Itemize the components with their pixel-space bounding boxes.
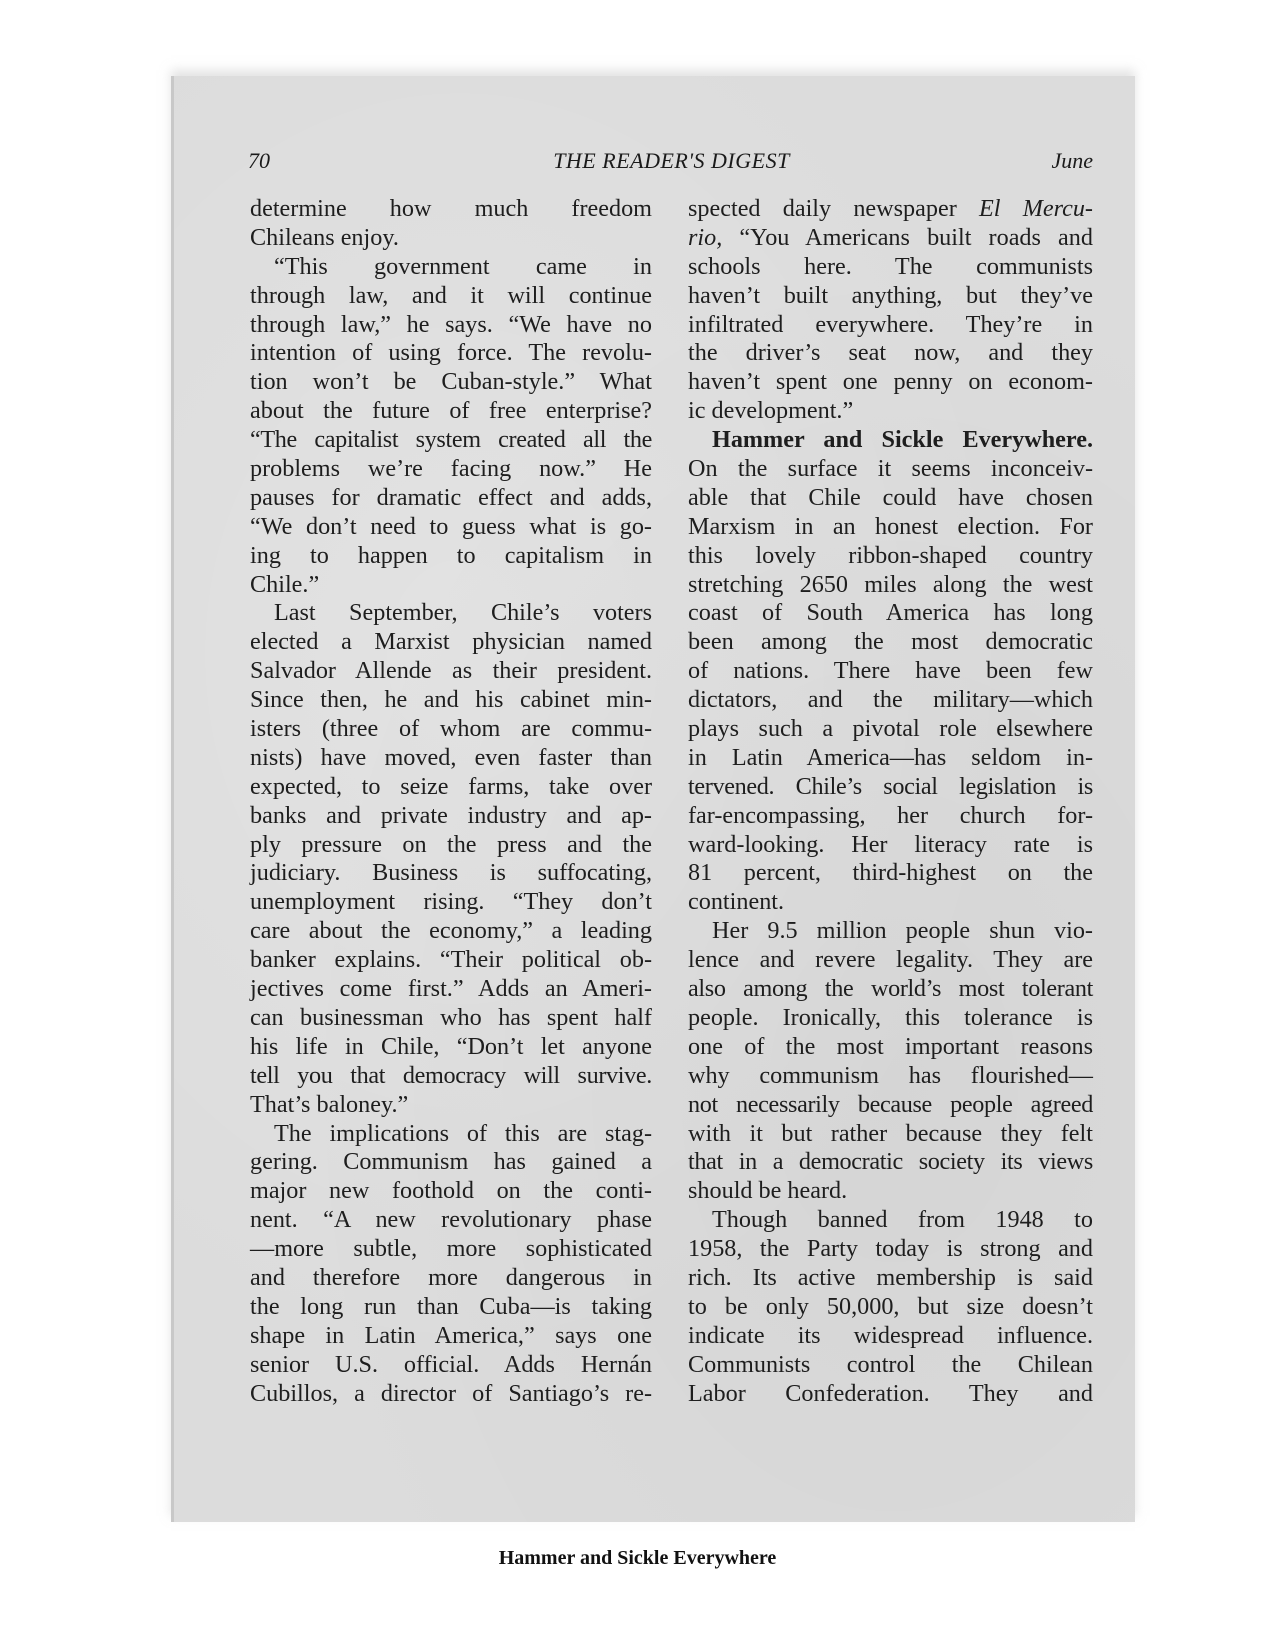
text-line: Her 9.5 million people shun vio- — [688, 917, 1093, 946]
text-line: isters (three of whom are commu- — [250, 715, 652, 744]
text-line: expected, to seize farms, take over — [250, 773, 652, 802]
text-line: should be heard. — [688, 1177, 1093, 1206]
text-line: through law, and it will continue — [250, 282, 652, 311]
text-line: ply pressure on the press and the — [250, 831, 652, 860]
text-line: the long run than Cuba—is taking — [250, 1293, 652, 1322]
text-line: not necessarily because people agreed — [688, 1091, 1093, 1120]
text-line: about the future of free enterprise? — [250, 397, 652, 426]
newspaper-name: El Mercu- — [979, 195, 1093, 222]
text-line: major new foothold on the conti- — [250, 1177, 652, 1206]
text-line: ing to happen to capitalism in — [250, 542, 652, 571]
text-line: tell you that democracy will survive. — [250, 1062, 652, 1091]
text-line: been among the most democratic — [688, 628, 1093, 657]
text-line: problems we’re facing now.” He — [250, 455, 652, 484]
text-line: Last September, Chile’s voters — [250, 599, 652, 628]
text-line: the driver’s seat now, and they — [688, 339, 1093, 368]
text-line: —more subtle, more sophisticated — [250, 1235, 652, 1264]
right-column: spected daily newspaper El Mercu- rio, “… — [688, 195, 1093, 1408]
text-line: of nations. There have been few — [688, 657, 1093, 686]
text-line: haven’t spent one penny on econom- — [688, 368, 1093, 397]
text-line: determine how much freedom — [250, 195, 652, 224]
text-line: lence and revere legality. They are — [688, 946, 1093, 975]
text-line: spected daily newspaper El Mercu- — [688, 195, 1093, 224]
text-line: Though banned from 1948 to — [688, 1206, 1093, 1235]
text-line: ic development.” — [688, 397, 1093, 426]
text-line: one of the most important reasons — [688, 1033, 1093, 1062]
text-line: far-encompassing, her church for- — [688, 802, 1093, 831]
text-line: senior U.S. official. Adds Hernán — [250, 1351, 652, 1380]
text-line: That’s baloney.” — [250, 1091, 652, 1120]
text-line: shape in Latin America,” says one — [250, 1322, 652, 1351]
text-line: his life in Chile, “Don’t let anyone — [250, 1033, 652, 1062]
text-line: Cubillos, a director of Santiago’s re- — [250, 1380, 652, 1409]
text-line: rich. Its active membership is said — [688, 1264, 1093, 1293]
text-line: On the surface it seems inconceiv- — [688, 455, 1093, 484]
text-line: The implications of this are stag- — [250, 1120, 652, 1149]
text-line: dictators, and the military—which — [688, 686, 1093, 715]
text-line: nists) have moved, even faster than — [250, 744, 652, 773]
text-line: “The capitalist system created all the — [250, 426, 652, 455]
text-line: Communists control the Chilean — [688, 1351, 1093, 1380]
text-line: Marxism in an honest election. For — [688, 513, 1093, 542]
text-run: “You Americans built roads and — [722, 224, 1093, 251]
text-line: Chile.” — [250, 571, 652, 600]
text-line: Since then, he and his cabinet min- — [250, 686, 652, 715]
text-line: pauses for dramatic effect and adds, — [250, 484, 652, 513]
text-line: that in a democratic society its views — [688, 1148, 1093, 1177]
text-line: elected a Marxist physician named — [250, 628, 652, 657]
newspaper-name: rio, — [688, 224, 722, 251]
text-line: stretching 2650 miles along the west — [688, 571, 1093, 600]
text-line: nent. “A new revolutionary phase — [250, 1206, 652, 1235]
text-line: 1958, the Party today is strong and — [688, 1235, 1093, 1264]
text-line: banks and private industry and ap- — [250, 802, 652, 831]
text-line: also among the world’s most tolerant — [688, 975, 1093, 1004]
text-line: judiciary. Business is suffocating, — [250, 859, 652, 888]
text-line: schools here. The communists — [688, 253, 1093, 282]
text-run: spected daily newspaper — [688, 195, 979, 222]
text-line: Labor Confederation. They and — [688, 1380, 1093, 1409]
text-line: unemployment rising. “They don’t — [250, 888, 652, 917]
text-line: rio, “You Americans built roads and — [688, 224, 1093, 253]
text-line: why communism has flourished— — [688, 1062, 1093, 1091]
document-caption: Hammer and Sickle Everywhere — [0, 1545, 1275, 1571]
text-line: can businessman who has spent half — [250, 1004, 652, 1033]
text-line: infiltrated everywhere. They’re in — [688, 311, 1093, 340]
publication-title: THE READER'S DIGEST — [250, 148, 1093, 174]
text-line: “This government came in — [250, 253, 652, 282]
section-subhead: Hammer and Sickle Everywhere. — [688, 426, 1093, 455]
page-edge — [171, 76, 174, 1522]
text-line: to be only 50,000, but size doesn’t — [688, 1293, 1093, 1322]
text-line: gering. Communism has gained a — [250, 1148, 652, 1177]
text-line: continent. — [688, 888, 1093, 917]
text-line: people. Ironically, this tolerance is — [688, 1004, 1093, 1033]
text-line: this lovely ribbon-shaped country — [688, 542, 1093, 571]
text-line: banker explains. “Their political ob- — [250, 946, 652, 975]
text-line: indicate its widespread influence. — [688, 1322, 1093, 1351]
issue-month: June — [1051, 148, 1093, 174]
text-line: tion won’t be Cuban-style.” What — [250, 368, 652, 397]
text-line: haven’t built anything, but they’ve — [688, 282, 1093, 311]
text-line: Chileans enjoy. — [250, 224, 652, 253]
text-line: ward-looking. Her literacy rate is — [688, 831, 1093, 860]
text-line: with it but rather because they felt — [688, 1120, 1093, 1149]
text-line: able that Chile could have chosen — [688, 484, 1093, 513]
text-line: in Latin America—has seldom in- — [688, 744, 1093, 773]
text-line: “We don’t need to guess what is go- — [250, 513, 652, 542]
text-line: 81 percent, third-highest on the — [688, 859, 1093, 888]
text-line: and therefore more dangerous in — [250, 1264, 652, 1293]
text-line: intention of using force. The revolu- — [250, 339, 652, 368]
left-column: determine how much freedom Chileans enjo… — [250, 195, 652, 1408]
text-line: tervened. Chile’s social legislation is — [688, 773, 1093, 802]
text-line: care about the economy,” a leading — [250, 917, 652, 946]
text-line: Salvador Allende as their president. — [250, 657, 652, 686]
text-line: plays such a pivotal role elsewhere — [688, 715, 1093, 744]
text-line: coast of South America has long — [688, 599, 1093, 628]
text-line: through law,” he says. “We have no — [250, 311, 652, 340]
text-line: jectives come first.” Adds an Ameri- — [250, 975, 652, 1004]
